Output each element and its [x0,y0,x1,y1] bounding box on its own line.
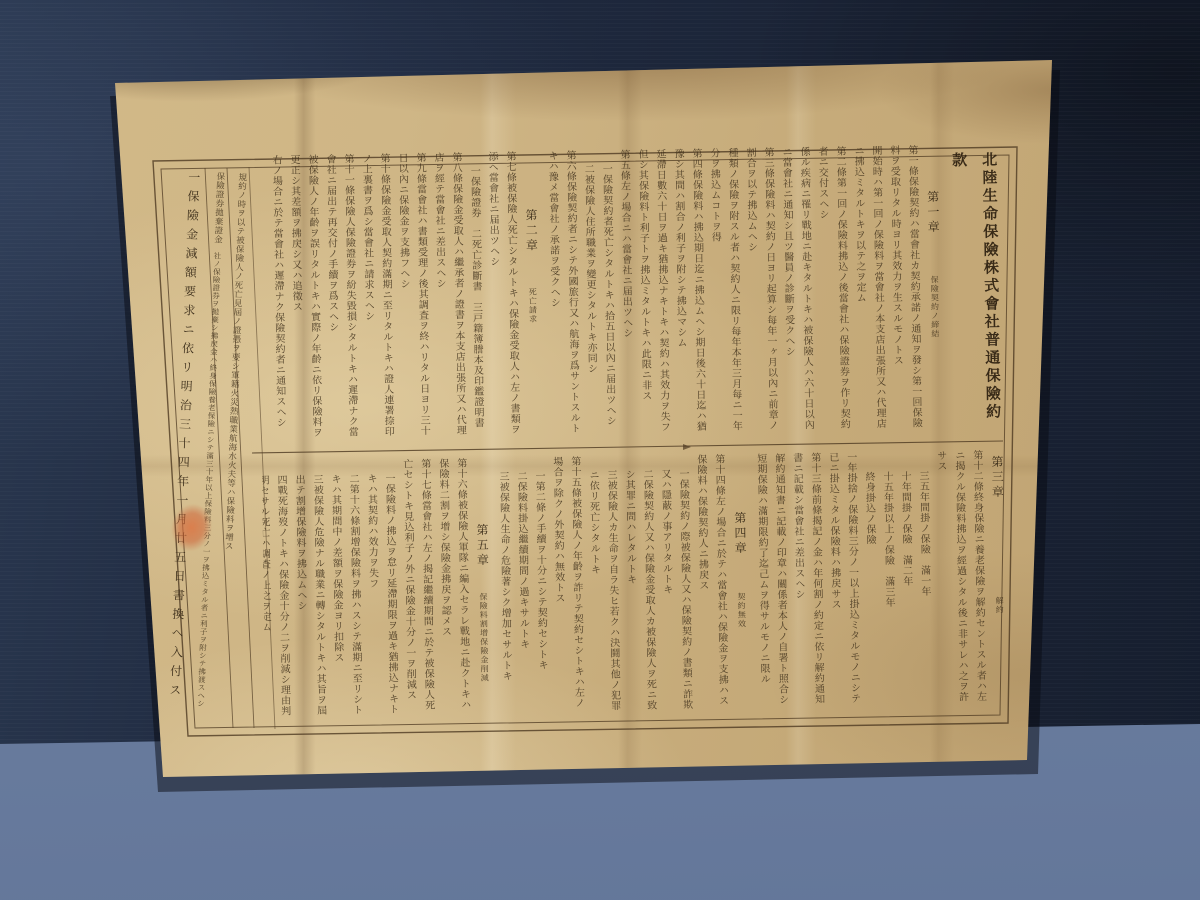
text-column: 第十七條當會社ハ左ノ揭記繼續期間ニ於テ被保險人死亡セシトキ見込利子ノ外ニ保險金十… [397,458,437,719]
text-column: 開始時ハ第一回ノ保險料ヲ當會社ノ本支店出張所又ハ代理店ニ拂込ミタルトキヲ以テ之ヲ… [848,145,889,435]
chapter-heading: 第三章解約 [985,449,1013,709]
chapter-number: 第二章 [524,209,539,254]
lower-text-band: 第三章解約第十二條終身保險ニ養老保險ヲ解約セントスル者ハ左ニ揭クル保險料拂込ヲ經… [262,449,1013,721]
text-column: 第八條保險金受取人ハ繼承者ノ證書ヲ本支店出張所又ハ代理店ヲ經テ當會社ニ差出スヘシ [428,152,469,442]
text-column: 第十條保險金受取人契約滿期ニ至リタルトキハ證人連署捺印ノ上裏書ヲ爲シ當會社ニ請求… [356,153,397,443]
chapter-subtitle: 解約 [995,596,1004,614]
text-column: 一年掛捨ノ保險料三分ノ一以上掛込ミタルモノニシテ已ニ掛込ミタル保險料ハ拂戻サス [823,452,863,713]
text-column: 第十一條保險人保險證券ヲ紛失毀損シタルトキハ遲滯ナク當會社ニ届出テ再交付ノ手續ヲ… [320,153,361,443]
chapter-number: 第一章 [926,190,941,235]
chapter-number: 第三章 [990,455,1005,500]
text-column: 解約通知書ニ記載ノ印章ハ關係者本人ノ自署ト照合シ短期保險ハ滿期限約了迄己ムヲ得サ… [751,453,791,714]
text-column: 第二條第一回ノ保險料拂込ノ後當會社ハ保險證券ヲ作リ契約者ニ交付スヘシ [812,146,853,436]
chapter-number: 第五章 [475,523,490,568]
text-column: 第七條被保險人死亡シタルトキハ保險金受取人ハ左ノ書類ヲ添ヘ當會社ニ届出ツヘシ [482,151,523,441]
text-column: 二保險契約人又ハ保險金受取人カ被保險人ヲ死ニ致シ其罪ニ問ハレタルトキ [619,455,659,716]
text-column: 被保險人ノ年齡ヲ誤リタルトキハ實際ノ年齡ニ依リ保險料ヲ更正シ其差額ヲ拂戻シ又ハ追… [284,154,325,444]
certificate-note-heading: 保險證券拋棄證金 [212,172,225,244]
text-column: 三被保險人カ生命ヲ自ラ失ヒ若クハ決鬪其他ノ犯罪ニ依リ死亡シタルトキ [583,455,623,716]
text-column: 第十五條被保險人ノ年齡ヲ詐リテ契約セシトキハ左ノ場合ヲ除クノ外契約ハ無效トス [547,456,587,717]
text-column: 一保險契約ノ際被保險人又ハ保險契約ノ書類ニ詐欺又ハ隱蔽ノ事アリタルトキ [655,454,695,715]
main-text-area: 北陸生命保險株式會社普通保險約款第一章保險契約ノ締結第一條保險契約ハ當會社カ契約… [257,143,1013,730]
chapter-subtitle: 死亡請求 [528,288,538,324]
text-column: 第四條保險料ハ拂込期日迄ニ拂込ムヘシ期日後六十日迄ハ猶豫シ其間ハ割合ノ利子ヲ附シ… [668,148,709,438]
chapter-number: 第四章 [733,511,748,556]
chapter-subtitle: 保險料割增保險金削減 [479,592,489,682]
text-column: 三被保險人危險ナル職業ニ轉シタルトキハ其旨ヲ屆出テ割增保險料ヲ拂込ムヘシ [289,460,329,721]
chapter-heading: 第一章保險契約ノ締結 [920,144,949,433]
text-column: 種類ノ保險ヲ附スル者ハ契約人ニ限リ每年本年三月每ニ一年分ヲ拂込ムコトヲ得 [704,147,745,437]
text-column: 第十二條終身保險ニ養老保險ヲ解約セントスル者ハ左ニ揭クル保險料拂込ヲ經過シタル後… [931,450,989,711]
text-column: 延滯日數六十日ヲ過キ猶拂込ナキトキハ契約ハ其效力ヲ失フ但シ其保險料ト利子トヲ拂込… [632,149,673,439]
document-title: 北陸生命保險株式會社普通保險約款 [944,143,1009,433]
text-column: 四戰死海歿ノトキハ保險金十分ノ二ヲ削減シ理由判明セサル死亡ハ調査ノ上之ヲ定ム [262,461,293,721]
text-column: 第十六條被保險人軍隊ニ編入セラレ戰地ニ赴クトキハ保險料二割ヲ增シ保險金拂戻ヲ認メ… [433,458,473,719]
chapter-subtitle: 契約無效 [737,592,747,628]
text-column: 第十三條前條揭記ノ金ハ年何割ノ約定ニ依リ解約通知書ニ記載シ當會社ニ差出スヘシ [787,452,827,713]
text-column: 第一條保險契約ハ當會社カ契約承諾ノ通知ヲ發シ第一回保險料ヲ受取リタル時ヨリ其效力… [884,145,925,435]
text-column: 第三條保險料ハ契約ノ日ヨリ起算シ每年一ヶ月以內ニ前章ノ割合ヲ以テ拂込ムヘシ [740,147,781,437]
upper-text-band: 北陸生命保險株式會社普通保險約款第一章保險契約ノ締結第一條保險契約ハ當會社カ契約… [257,143,1008,444]
text-column: 係ル疾病ニ罹リ戰地ニ赴キタルトキハ被保險人ハ六十日以內ニ當會社ニ通知シ且ツ醫員ノ… [776,146,817,436]
text-column: 第九條當會社ハ書類受理ノ後其調査ヲ終ハリタル日ヨリ三十日以內ニ保險金ヲ支拂フヘシ [392,152,433,442]
chapter-subtitle: 保險契約ノ締結 [930,275,940,338]
text-column: 二第十六條割增保險料ヲ拂ハスシテ滿期ニ至リシトキハ其期間中ノ差額ヲ保險金ヨリ扣除… [325,459,365,720]
text-column: 一保險料ノ拂込ヲ怠リ延滯期限ヲ過キ猶拂込ナキトキハ其契約ハ效力ヲ失フ [361,459,401,720]
text-column: 第十四條左ノ場合ニ於テハ當會社ハ保險金ヲ支拂ハス保險料ハ保險契約人ニ拂戻ス [691,454,731,715]
photo-of-document: 北陸生命保險株式會社普通保險約款第一章保險契約ノ締結第一條保險契約ハ當會社カ契約… [0,0,1200,900]
text-column: 第六條保險契約者ニシテ外國旅行又ハ航海ヲ爲サントスルトキハ豫メ當會社ノ承諾ヲ受ク… [542,150,583,440]
